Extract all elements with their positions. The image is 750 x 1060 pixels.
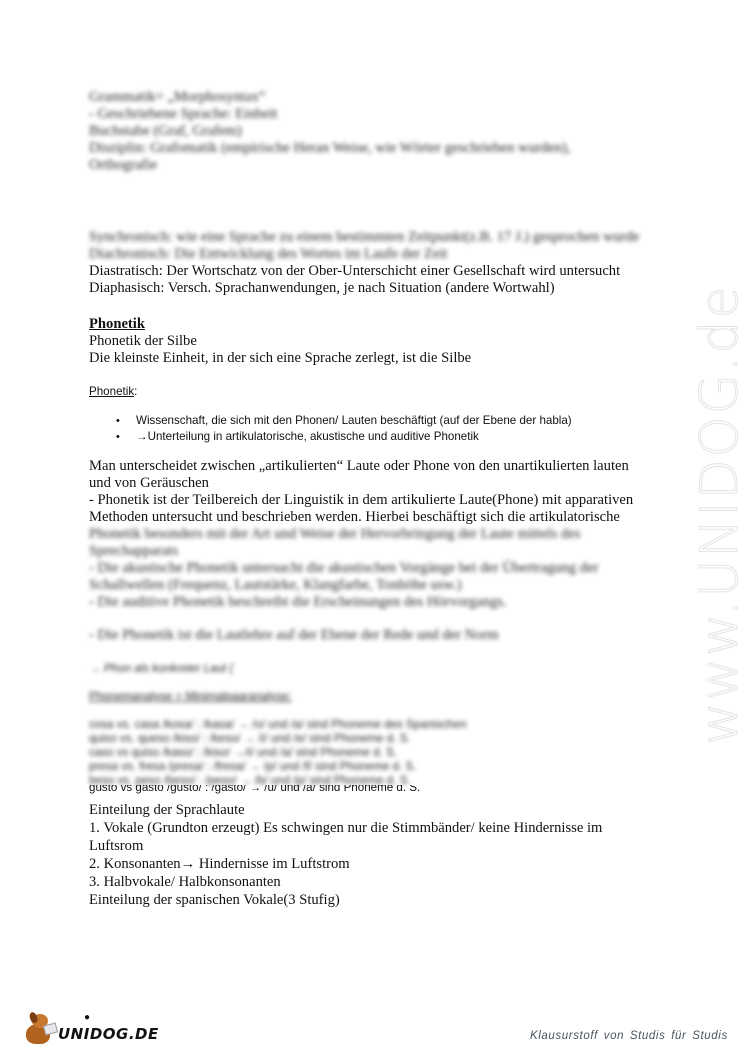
distinction-line: Man unterscheidet zwischen „artikulierte… [89, 458, 629, 475]
sprachlaute-line: 3. Halbvokale/ Halbkonsonanten [89, 874, 281, 891]
phonetik-subheading: Phonetik: [89, 383, 137, 400]
distinction-line: Methoden untersucht und beschrieben werd… [89, 509, 620, 526]
distinction-line-blurred: Sprechapparats [89, 543, 178, 560]
logo-text: UNIDOG.DE [58, 1025, 159, 1043]
distinction-line-blurred: Schallwellen (Frequenz, Lautstärke, Klan… [89, 577, 462, 594]
unidog-logo[interactable]: ● UNIDOG.DE [22, 1012, 159, 1044]
phonetik-subheading-colon: : [134, 385, 137, 398]
variation-line-blurred: Diachronisch: Die Entwicklung des Wortes… [89, 246, 447, 263]
sprachlaute-line: Einteilung der Sprachlaute [89, 802, 245, 819]
phonetik-line: Die kleinste Einheit, in der sich eine S… [89, 350, 471, 367]
bullet-item: Wissenschaft, die sich mit den Phonen/ L… [113, 413, 572, 429]
distinction-line-blurred: - Die akustische Phonetik untersucht die… [89, 560, 598, 577]
dog-paper [43, 1022, 58, 1035]
watermark: www.UNIDOG.de [690, 285, 750, 745]
sprachlaute-line: 1. Vokale (Grundton erzeugt) Es schwinge… [89, 820, 602, 837]
grammar-line: Disziplin: Grafomatik (empirische Heran … [89, 140, 570, 157]
grammar-line: - Geschriebene Sprache: Einheit [89, 106, 277, 123]
phonetik-line: Phonetik der Silbe [89, 333, 197, 350]
bullet-item: →Unterteilung in artikulatorische, akust… [113, 429, 572, 445]
distinction-line-blurred: Phonetik besonders mit der Art und Weise… [89, 526, 580, 543]
phonem-heading-blurred: Phonemanalyse = Minimalpaaranalyse: [89, 688, 292, 705]
footer-tagline: Klausurstoff von Studis für Studis [530, 1030, 728, 1042]
distinction-line: und von Geräuschen [89, 475, 209, 492]
sprachlaute-line: 2. Konsonanten→ Hindernisse im Luftstrom [89, 856, 350, 873]
distinction-line: - Phonetik ist der Teilbereich der Lingu… [89, 492, 633, 509]
paw-icon: ● [84, 1012, 90, 1023]
norm-line-blurred: - Die Phonetik ist die Lautlehre auf der… [89, 627, 499, 644]
variation-line: Diastratisch: Der Wortschatz von der Obe… [89, 263, 620, 280]
phonetik-heading: Phonetik [89, 316, 145, 333]
minimal-pair-partial: gusto vs gasto /gusto/ : /gasto/ → /u/ u… [89, 785, 420, 794]
logo-text-wrap: ● UNIDOG.DE [58, 1024, 159, 1044]
grammar-line: Buchstabe (Graf, Grafem) [89, 123, 242, 140]
sprachlaute-line: Luftsrom [89, 838, 143, 855]
grammar-line: Orthografie [89, 157, 157, 174]
dog-mascot-icon [22, 1012, 56, 1044]
variation-line-blurred: Synchronisch: wie eine Sprache zu einem … [89, 229, 639, 246]
phonetik-subheading-text: Phonetik [89, 385, 134, 398]
phonetik-bullet-list: Wissenschaft, die sich mit den Phonen/ L… [113, 413, 572, 445]
minimal-pair-partial-text: gusto vs gasto /gusto/ : /gasto/ → /u/ u… [89, 785, 420, 794]
sprachlaute-line: Einteilung der spanischen Vokale(3 Stufi… [89, 892, 340, 909]
variation-line: Diaphasisch: Versch. Sprachanwendungen, … [89, 280, 555, 297]
document-page: www.UNIDOG.de Grammatik= „Morphosyntax“ … [0, 0, 750, 1060]
phon-arrow-line-blurred: → Phon als konkreter Laut ( [89, 660, 233, 677]
distinction-line-blurred: - Die auditive Phonetik beschreibt die E… [89, 594, 507, 611]
grammar-line: Grammatik= „Morphosyntax“ [89, 89, 265, 106]
